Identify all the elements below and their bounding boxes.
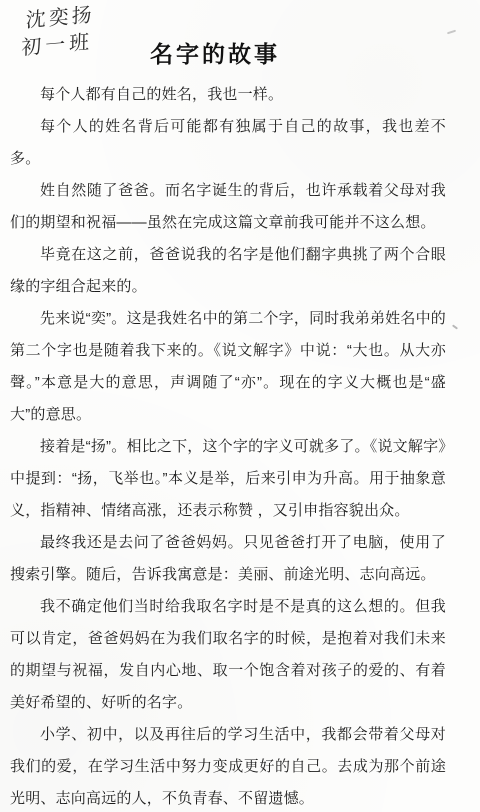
essay-paragraph: 我不确定他们当时给我取名字时是不是真的这么想的。但我可以肯定，爸爸妈妈在为我们取…: [10, 591, 446, 719]
essay-paragraph: 小学、初中，以及再往后的学习生活中，我都会带着父母对我们的爱，在学习生活中努力变…: [10, 719, 446, 812]
essay-body: 每个人都有自己的姓名，我也一样。 每个人的姓名背后可能都有独属于自己的故事，我也…: [10, 79, 446, 812]
essay-paragraph: 毕竟在这之前，爸爸说我的名字是他们翻字典挑了两个合眼缘的字组合起来的。: [10, 239, 446, 303]
scan-artifact-speck: [452, 324, 458, 329]
scanned-essay-page: 沈奕扬 初一班 名字的故事 每个人都有自己的姓名，我也一样。 每个人的姓名背后可…: [0, 0, 480, 812]
essay-title: 名字的故事: [150, 36, 280, 69]
essay-paragraph: 接着是“扬”。相比之下，这个字的字义可就多了。《说文解字》中提到：“扬，飞举也。…: [10, 431, 446, 527]
essay-paragraph: 先来说“奕”。这是我姓名中的第二个字，同时我弟弟姓名中的第二个字也是随着我下来的…: [10, 303, 446, 431]
essay-paragraph: 最终我还是去问了爸爸妈妈。只见爸爸打开了电脑，使用了搜索引擎。随后，告诉我寓意是…: [10, 527, 446, 591]
handwritten-annotation: 沈奕扬 初一班: [25, 2, 95, 62]
scan-artifact-speck: [447, 30, 456, 35]
essay-paragraph: 姓自然随了爸爸。而名字诞生的背后，也许承载着父母对我们的期望和祝福——虽然在完成…: [10, 175, 446, 239]
essay-paragraph: 每个人的姓名背后可能都有独属于自己的故事，我也差不多。: [10, 111, 446, 175]
handwritten-class-label: 初一班: [21, 29, 94, 63]
essay-paragraph: 每个人都有自己的姓名，我也一样。: [10, 79, 446, 111]
